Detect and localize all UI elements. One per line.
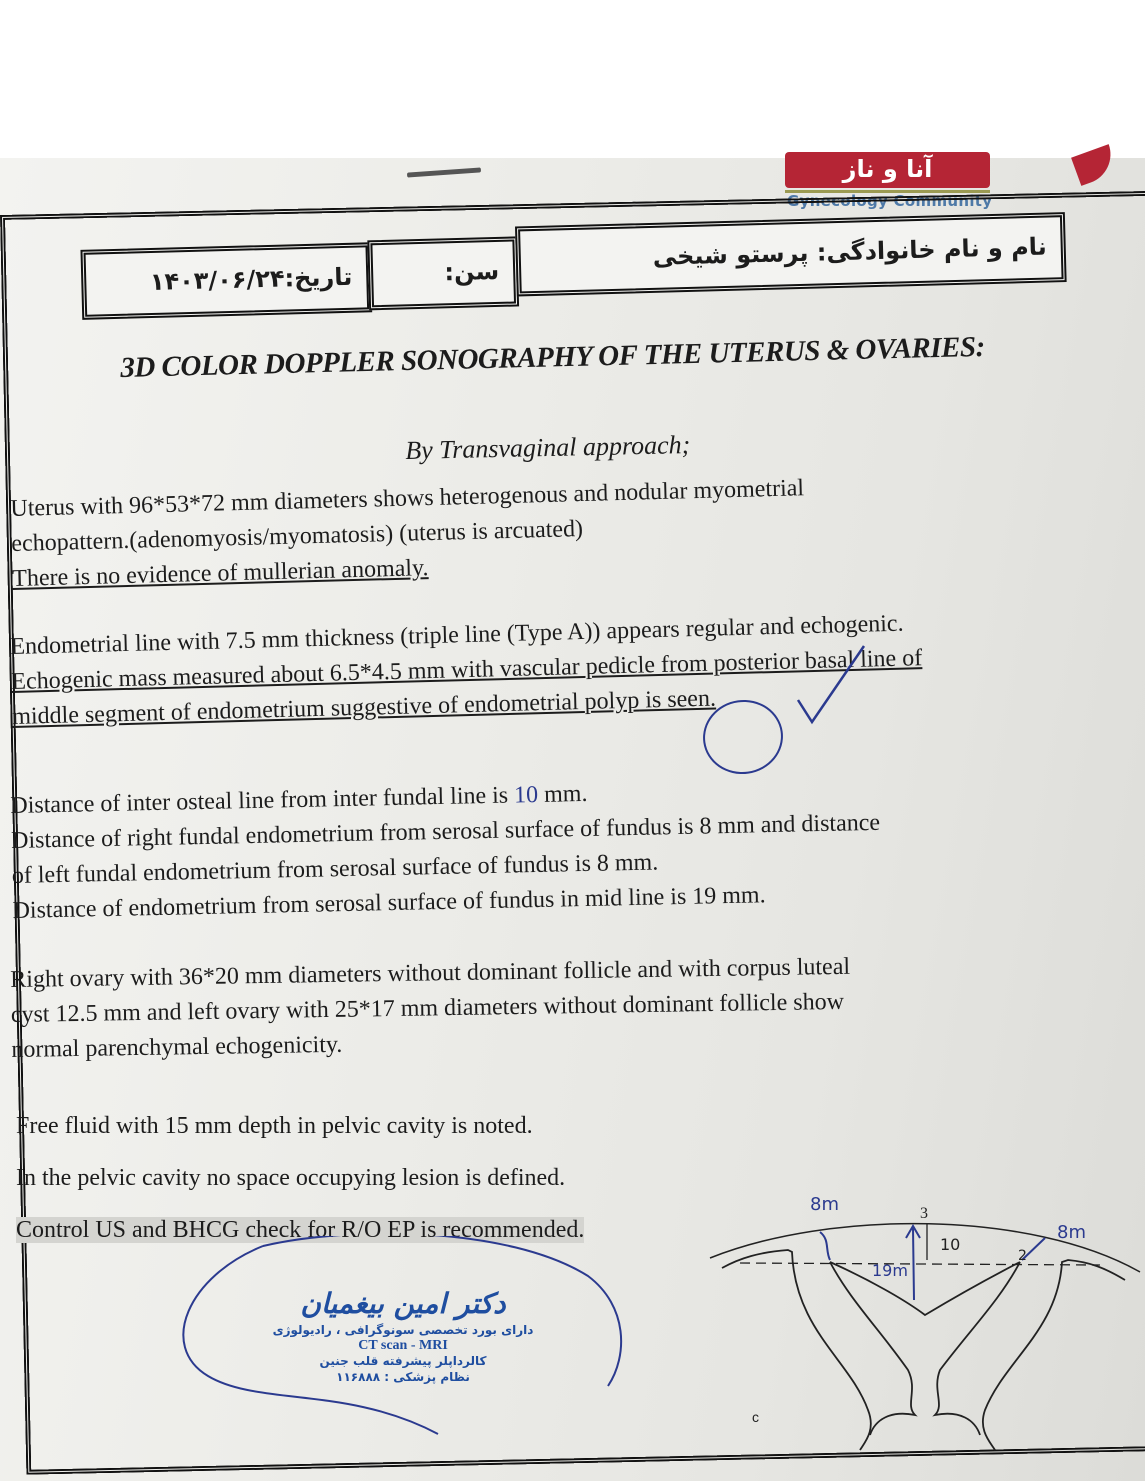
- distance-unit: mm.: [538, 781, 588, 808]
- report-approach: By Transvaginal approach;: [405, 430, 691, 466]
- diagram-label-left: 8m: [810, 1194, 839, 1215]
- diagram-label-top: 3: [920, 1205, 928, 1222]
- uterus-diagram: 8m 8m 19m 3 10 2 c: [700, 1180, 1145, 1480]
- distance-value: 10: [514, 782, 539, 808]
- free-fluid-line: Free fluid with 15 mm depth in pelvic ca…: [16, 1100, 584, 1152]
- diagram-label-right: 8m: [1057, 1222, 1086, 1243]
- checkmark-icon: [790, 640, 870, 730]
- patient-name-field: نام و نام خانوادگی: پرستو شیخی: [515, 212, 1067, 296]
- uterus-section: Uterus with 96*53*72 mm diameters shows …: [10, 471, 806, 597]
- doctor-specialty: دارای بورد تخصصی سونوگرافی ، رادیولوژی: [248, 1322, 558, 1338]
- doctor-fellowship: کالرداپلر پیشرفته قلب جنین: [248, 1353, 558, 1369]
- doctor-name: دکتر امین بیغمیان: [248, 1286, 558, 1322]
- logo-farsi-text: آنا و ناز: [785, 152, 990, 188]
- doctor-license: نظام پزشکی : ۱۱۶۸۸۸: [248, 1369, 558, 1385]
- distances-section: Distance of inter osteal line from inter…: [10, 770, 882, 928]
- polyp-word: polyp: [584, 688, 639, 715]
- polyp-text-end: is seen.: [639, 686, 716, 714]
- date-field: تاریخ:۱۴۰۳/۰۶/۲۴: [80, 242, 372, 320]
- ovaries-section: Right ovary with 36*20 mm diameters with…: [10, 949, 851, 1067]
- age-field: سن:: [367, 236, 519, 310]
- doctor-modalities: CT scan - MRI: [248, 1338, 558, 1353]
- diagram-label-c: c: [752, 1409, 759, 1425]
- conclusion-section: Free fluid with 15 mm depth in pelvic ca…: [16, 1100, 584, 1256]
- diagram-label-gap: 10: [940, 1235, 960, 1254]
- diagram-label-small: 2: [1018, 1248, 1027, 1264]
- doctor-stamp: دکتر امین بیغمیان دارای بورد تخصصی سونوگ…: [168, 1236, 628, 1436]
- diagram-label-mid: 19m: [872, 1261, 908, 1280]
- stamp-text: دکتر امین بیغمیان دارای بورد تخصصی سونوگ…: [248, 1286, 558, 1385]
- lesion-line: In the pelvic cavity no space occupying …: [16, 1152, 584, 1204]
